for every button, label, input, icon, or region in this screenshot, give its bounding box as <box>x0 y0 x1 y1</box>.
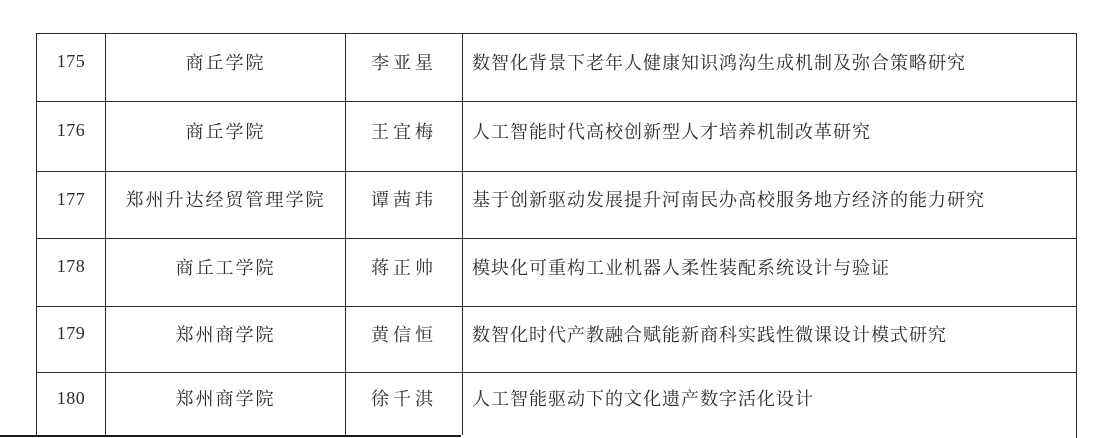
cell-row-number: 179 <box>37 307 106 373</box>
cell-row-number: 176 <box>37 102 106 172</box>
cell-person-name: 黄信恒 <box>346 307 463 373</box>
cell-project-title: 数智化时代产教融合赋能新商科实践性微课设计模式研究 <box>463 307 1077 373</box>
cell-row-number: 175 <box>37 34 106 102</box>
cell-person-name: 王宜梅 <box>346 102 463 172</box>
cell-institution: 郑州商学院 <box>106 373 346 435</box>
cell-institution: 郑州升达经贸管理学院 <box>106 172 346 239</box>
table-right-border-tail <box>1076 434 1077 438</box>
cell-project-title: 人工智能驱动下的文化遗产数字活化设计 <box>463 373 1077 435</box>
cell-institution: 商丘工学院 <box>106 239 346 307</box>
cell-institution: 商丘学院 <box>106 102 346 172</box>
cell-project-title: 模块化可重构工业机器人柔性装配系统设计与验证 <box>463 239 1077 307</box>
project-table: 175 商丘学院 李亚星 数智化背景下老年人健康知识鸿沟生成机制及弥合策略研究 … <box>36 33 1077 435</box>
document-page: 175 商丘学院 李亚星 数智化背景下老年人健康知识鸿沟生成机制及弥合策略研究 … <box>0 0 1105 438</box>
cell-row-number: 180 <box>37 373 106 435</box>
cell-institution: 商丘学院 <box>106 34 346 102</box>
cell-project-title: 基于创新驱动发展提升河南民办高校服务地方经济的能力研究 <box>463 172 1077 239</box>
cell-person-name: 蒋正帅 <box>346 239 463 307</box>
cell-row-number: 177 <box>37 172 106 239</box>
cell-person-name: 李亚星 <box>346 34 463 102</box>
cell-person-name: 谭茜玮 <box>346 172 463 239</box>
table-bottom-partial-border <box>0 435 461 437</box>
cell-row-number: 178 <box>37 239 106 307</box>
cell-person-name: 徐千淇 <box>346 373 463 435</box>
cell-project-title: 数智化背景下老年人健康知识鸿沟生成机制及弥合策略研究 <box>463 34 1077 102</box>
cell-institution: 郑州商学院 <box>106 307 346 373</box>
cell-project-title: 人工智能时代高校创新型人才培养机制改革研究 <box>463 102 1077 172</box>
